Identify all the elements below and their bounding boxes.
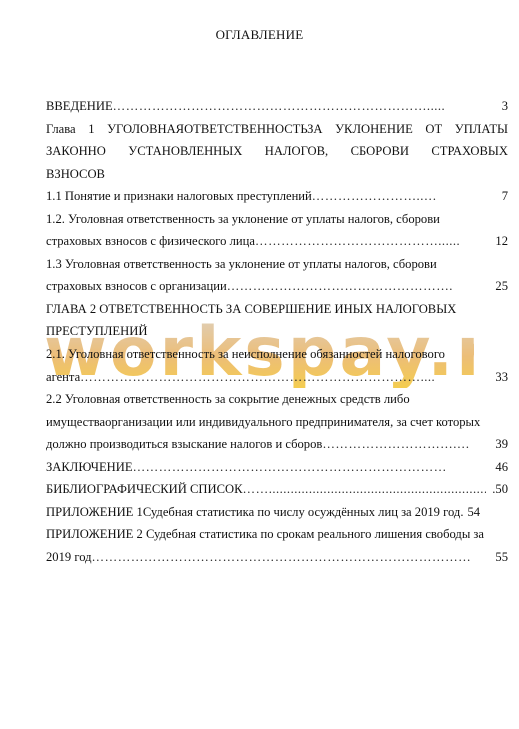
toc-entry-text: ПРИЛОЖЕНИЕ 1Судебная статистика по числу… xyxy=(46,501,463,524)
toc-page-number: 3 xyxy=(496,95,508,118)
toc-line: 2019 год……………………………………………………………………………55 xyxy=(46,546,508,569)
toc-page-number: 12 xyxy=(489,230,508,253)
toc-line: 2.1. Уголовная ответственность за неиспо… xyxy=(46,343,508,366)
toc-page-number: 33 xyxy=(489,366,508,389)
toc-entry[interactable]: ГЛАВА 2 ОТВЕТСТВЕННОСТЬ ЗА СОВЕРШЕНИЕ ИН… xyxy=(46,298,508,343)
dot-leader: ………………………………………………………………..... xyxy=(113,95,496,118)
toc-entry[interactable]: ПРИЛОЖЕНИЕ 2 Судебная статистика по срок… xyxy=(46,523,508,568)
toc-entry[interactable]: ЗАКЛЮЧЕНИЕ………………………………………………………………46 xyxy=(46,456,508,479)
table-of-contents: ВВЕДЕНИЕ……………………………………………………………….....3Гл… xyxy=(46,95,508,568)
toc-line: страховых взносов с физического лица…………… xyxy=(46,230,508,253)
toc-line: 1.2. Уголовная ответственность за уклоне… xyxy=(46,208,508,231)
dot-leader: …………………………………………………………………………… xyxy=(92,546,490,569)
toc-entry[interactable]: Глава 1 УГОЛОВНАЯОТВЕТСТВЕННОСТЬЗА УКЛОН… xyxy=(46,118,508,186)
toc-entry[interactable]: 1.1 Понятие и признаки налоговых преступ… xyxy=(46,185,508,208)
toc-line: ПРИЛОЖЕНИЕ 2 Судебная статистика по срок… xyxy=(46,523,508,546)
toc-entry[interactable]: 2.2 Уголовная ответственность за сокрыти… xyxy=(46,388,508,456)
toc-entry-text: страховых взносов с организации xyxy=(46,275,227,298)
toc-line: имуществаорганизации или индивидуального… xyxy=(46,411,508,434)
toc-entry[interactable]: 1.2. Уголовная ответственность за уклоне… xyxy=(46,208,508,253)
toc-entry[interactable]: ВВЕДЕНИЕ……………………………………………………………….....3 xyxy=(46,95,508,118)
toc-entry-text: агента xyxy=(46,366,80,389)
dot-leader: …………………………………………………………………….... xyxy=(80,366,489,389)
toc-entry-text: БИБЛИОГРАФИЧЕСКИЙ СПИСОК xyxy=(46,478,243,501)
toc-line: должно производиться взыскание налогов и… xyxy=(46,433,508,456)
toc-entry[interactable]: 2.1. Уголовная ответственность за неиспо… xyxy=(46,343,508,388)
toc-line: 1.3 Уголовная ответственность за уклонен… xyxy=(46,253,508,276)
toc-entry-text: должно производиться взыскание налогов и… xyxy=(46,433,322,456)
toc-entry-text: 2.1. Уголовная ответственность за неиспо… xyxy=(46,343,445,366)
toc-line: 1.1 Понятие и признаки налоговых преступ… xyxy=(46,185,508,208)
toc-line: 2.2 Уголовная ответственность за сокрыти… xyxy=(46,388,508,411)
document-page: ОГЛАВЛЕНИЕ workspay.ru ВВЕДЕНИЕ………………………… xyxy=(0,0,519,729)
toc-entry-text: имуществаорганизации или индивидуального… xyxy=(46,411,480,434)
toc-entry-text: 2019 год xyxy=(46,546,92,569)
toc-entry-text: ВВЕДЕНИЕ xyxy=(46,95,113,118)
toc-page-number: 25 xyxy=(489,275,508,298)
toc-entry[interactable]: БИБЛИОГРАФИЧЕСКИЙ СПИСОК……..............… xyxy=(46,478,508,501)
dot-leader: ……………………..… xyxy=(312,185,496,208)
toc-line: ПРИЛОЖЕНИЕ 1Судебная статистика по числу… xyxy=(46,501,508,524)
toc-page-number: 46 xyxy=(489,456,508,479)
page-title: ОГЛАВЛЕНИЕ xyxy=(0,27,519,43)
dot-leader: ……………………………………………………………… xyxy=(133,456,490,479)
toc-line: ПРЕСТУПЛЕНИЙ xyxy=(46,320,508,343)
toc-entry-text: страховых взносов с физического лица xyxy=(46,230,255,253)
toc-entry[interactable]: 1.3 Уголовная ответственность за уклонен… xyxy=(46,253,508,298)
toc-entry-text: 2.2 Уголовная ответственность за сокрыти… xyxy=(46,388,410,411)
toc-page-number: 7 xyxy=(496,185,508,208)
toc-page-number: 39 xyxy=(489,433,508,456)
toc-entry-text: ВЗНОСОВ xyxy=(46,163,105,186)
toc-line: ВВЕДЕНИЕ……………………………………………………………….....3 xyxy=(46,95,508,118)
toc-line: ВЗНОСОВ xyxy=(46,163,508,186)
toc-line: страховых взносов с организации………………………… xyxy=(46,275,508,298)
toc-entry-text: ПРИЛОЖЕНИЕ 2 Судебная статистика по срок… xyxy=(46,523,484,546)
toc-page-number: 55 xyxy=(489,546,508,569)
toc-entry-text: ГЛАВА 2 ОТВЕТСТВЕННОСТЬ ЗА СОВЕРШЕНИЕ ИН… xyxy=(46,298,456,321)
toc-page-number: 54 xyxy=(463,501,480,524)
dot-leader: ………………………….… xyxy=(322,433,489,456)
toc-line: ЗАКОННО УСТАНОВЛЕННЫХ НАЛОГОВ, СБОРОВИ С… xyxy=(46,140,508,163)
dot-leader: ……......................................… xyxy=(243,478,487,501)
toc-entry-text: 1.1 Понятие и признаки налоговых преступ… xyxy=(46,185,312,208)
toc-entry-text: ЗАКЛЮЧЕНИЕ xyxy=(46,456,133,479)
toc-line: агента……………………………………………………………………....33 xyxy=(46,366,508,389)
toc-entry-text: 1.3 Уголовная ответственность за уклонен… xyxy=(46,253,437,276)
toc-line: Глава 1 УГОЛОВНАЯОТВЕТСТВЕННОСТЬЗА УКЛОН… xyxy=(46,118,508,141)
toc-entry[interactable]: ПРИЛОЖЕНИЕ 1Судебная статистика по числу… xyxy=(46,501,508,524)
toc-line: БИБЛИОГРАФИЧЕСКИЙ СПИСОК……..............… xyxy=(46,478,508,501)
toc-entry-text: 1.2. Уголовная ответственность за уклоне… xyxy=(46,208,440,231)
toc-page-number: .50 xyxy=(486,478,508,501)
toc-line: ЗАКЛЮЧЕНИЕ………………………………………………………………46 xyxy=(46,456,508,479)
toc-line: ГЛАВА 2 ОТВЕТСТВЕННОСТЬ ЗА СОВЕРШЕНИЕ ИН… xyxy=(46,298,508,321)
toc-entry-text: ПРЕСТУПЛЕНИЙ xyxy=(46,320,147,343)
dot-leader: ……………………………………………. xyxy=(227,275,490,298)
dot-leader: ……………………………………...... xyxy=(255,230,489,253)
